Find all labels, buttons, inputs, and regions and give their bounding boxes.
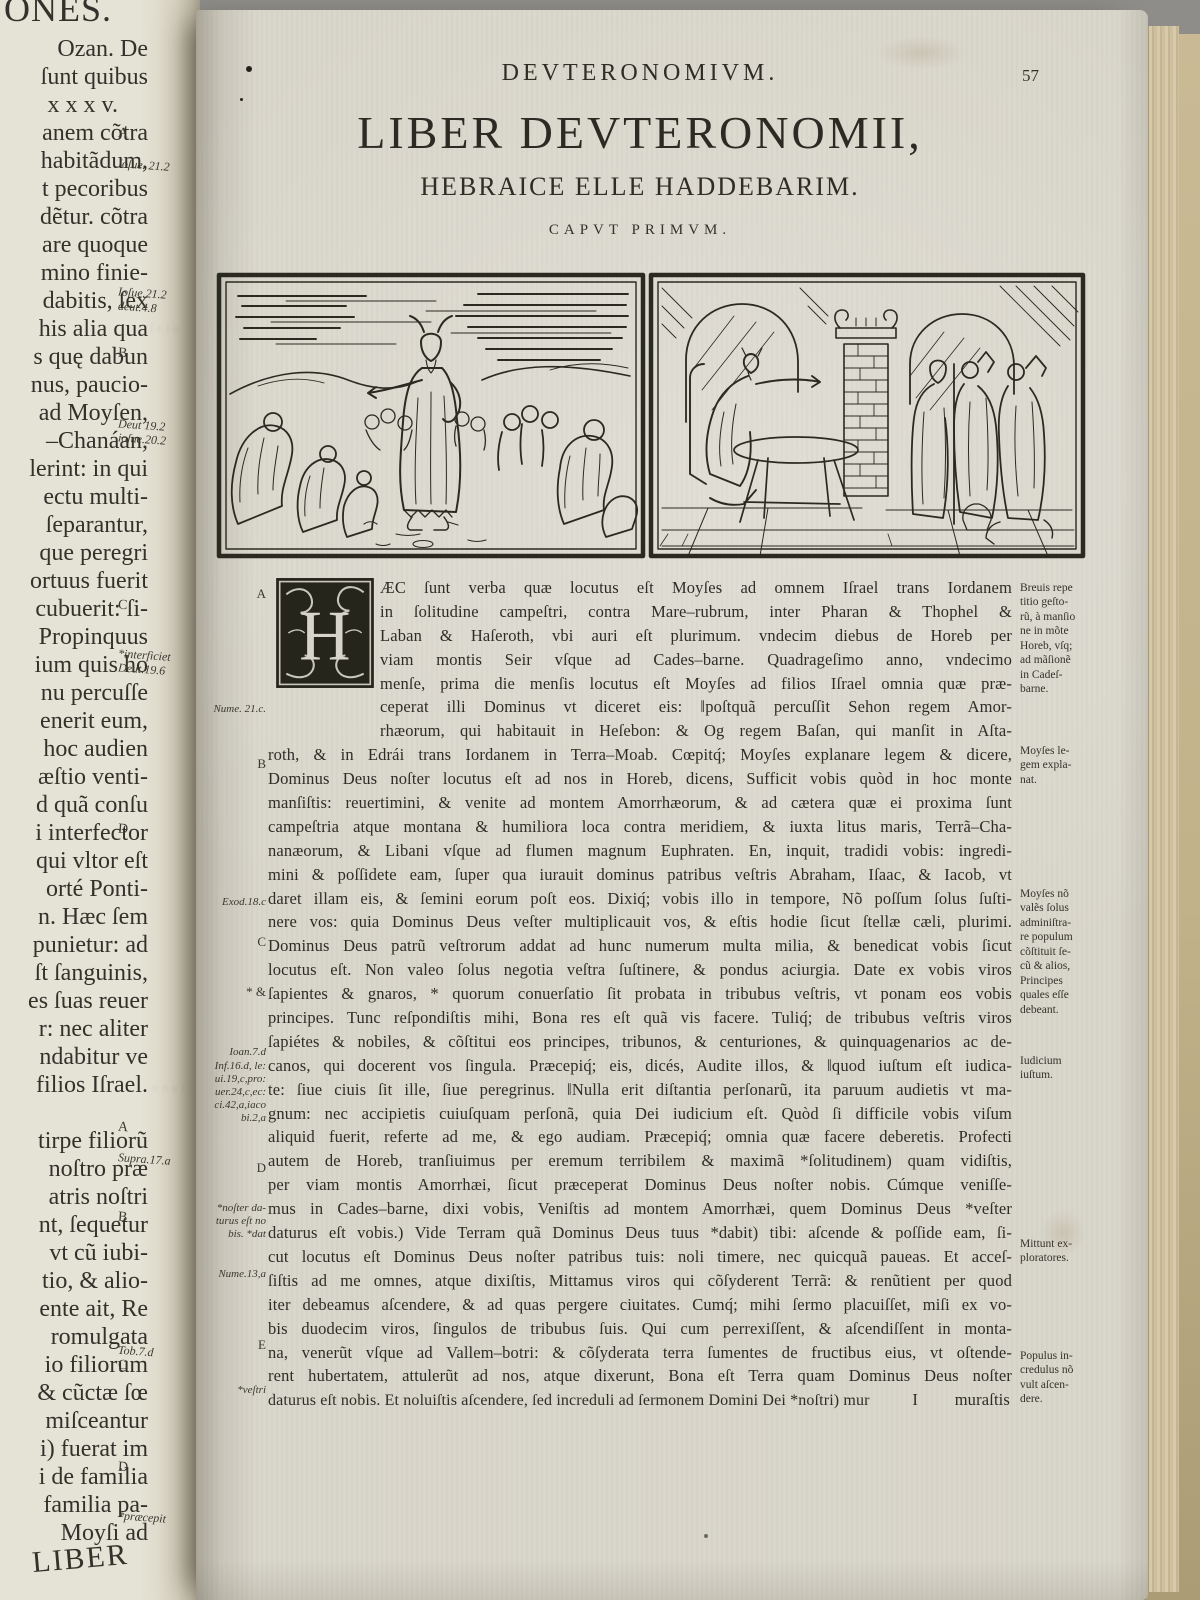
margin-note-left: Inf.16.d, le: [196, 1060, 266, 1072]
left-page-margin-note: C [117, 598, 127, 615]
margin-note-left: D [196, 1160, 278, 1176]
margin-note-right: Populus in- [1020, 1350, 1102, 1363]
margin-note-right: nat. [1020, 774, 1102, 787]
left-page-text-line: his alia qua [39, 316, 148, 342]
decorated-initial-woodblock: H [274, 576, 376, 690]
left-page-text-line: ortuus fuerit [30, 568, 148, 594]
left-page-text-line: mino finie- [41, 260, 148, 286]
woodcut-right-illustration [648, 272, 1086, 559]
left-page-text-line: qui vltor eſt [36, 848, 148, 874]
page-number: 57 [1022, 66, 1039, 86]
body-text: H ÆC ſunt verba quæ locutus eſt Moyſes a… [268, 576, 1012, 1412]
left-page-margin-note: A [117, 126, 128, 143]
body-text-line: rent hubertatem, attulerũt ad nos, atque… [268, 1364, 1012, 1388]
left-page-margin-note: C [117, 1358, 127, 1375]
left-page-text-line: ſunt quibus [41, 64, 148, 90]
left-page-catchword: LIBER [31, 1538, 130, 1580]
margin-note-right: Breuis repe [1020, 582, 1102, 595]
left-page-text-line: d quã conſu [36, 792, 148, 818]
left-page-text-line: n. Hæc ſem [38, 904, 148, 930]
body-text-line: te: ſiue ciuis ſit ille, ſiue peregrinus… [268, 1078, 1012, 1102]
body-text-line: rhæorum, qui habitauit in Heſebon: & Og … [380, 719, 1012, 743]
margin-note-left: *veſtri [196, 1384, 266, 1396]
body-text-line: nere vos: quia Dominus Deus veſter multi… [268, 910, 1012, 934]
margin-note-left: B [196, 756, 278, 772]
left-page-text-line: filios Iſrael. [36, 1072, 148, 1098]
body-text-line: daturus eſt vobis.) Vide Terram quã Domi… [268, 1221, 1012, 1245]
body-text-line: canos, qui docerent vos ſingula. Præcepi… [268, 1054, 1012, 1078]
left-page-margin-note: B [117, 1210, 127, 1227]
body-text-line: daret illam eis, & ſemini eorum poſt eos… [268, 887, 1012, 911]
left-page-text-line: anem cõtra [42, 120, 148, 146]
decorated-initial: H [274, 576, 376, 690]
ink-speck [240, 98, 243, 101]
body-text-line: aliquid fuerit, referte ad me, & ego aud… [268, 1125, 1012, 1149]
show-through-text: o n u ſ [152, 1079, 186, 1097]
margin-note-right: gem expla- [1020, 759, 1102, 772]
left-page-text-line: orté Ponti- [46, 876, 148, 902]
margin-note-right: barne. [1020, 683, 1102, 696]
margin-note-right: titio geſto- [1020, 596, 1102, 609]
ink-speck [246, 66, 252, 72]
body-text-line: manſiſtis: reuertimini, & venite ad mont… [268, 791, 1012, 815]
left-page-margin-note: deut.4.8 [118, 299, 158, 317]
margin-note-left: Ioan.7.d [196, 1046, 266, 1058]
margin-note-right: valẽs ſolus [1020, 902, 1102, 915]
margin-note-right: Moyſes le- [1020, 745, 1102, 758]
woodcut-moses-addressing-israelites [216, 272, 646, 559]
left-page-text-line: nt, ſequetur [39, 1212, 148, 1238]
body-text-line: per viam montis Amorrhæi, ſicut præceper… [268, 1173, 1012, 1197]
initial-letter: H [299, 597, 351, 675]
margin-note-right: rũ, à manſio [1020, 611, 1102, 624]
body-text-line: menſe, prima die menſis locutus eſt Moyſ… [380, 672, 1012, 696]
margin-note-right: Principes [1020, 975, 1102, 988]
body-main-block: roth, & in Edrái trans Iordanem in Terra… [268, 743, 1012, 1388]
woodcut-left-illustration [216, 272, 646, 559]
margin-note-right: cõſtituit ſe- [1020, 946, 1102, 959]
signature-row: daturus eſt nobis. Et noluiſtis aſcender… [268, 1388, 1012, 1412]
woodcut-moses-appointing-judges [648, 272, 1086, 559]
left-page-text-line: nus, paucio- [31, 372, 148, 398]
body-text-line: Laban & Haſeroth, vbi auri eſt plurimum.… [380, 624, 1012, 648]
body-text-line: na, venerũt vſque ad Vallem–botri: & cõſ… [268, 1341, 1012, 1365]
left-page-text-line: i) fuerat im [40, 1436, 148, 1462]
body-text-line: bis duodecim viros, ſingulos de tribubus… [268, 1317, 1012, 1341]
margin-note-right: ad mãſionẽ [1020, 654, 1102, 667]
left-page-text-line: cubuerit: ſi- [35, 596, 148, 622]
body-text-line: ÆC ſunt verba quæ locutus eſt Moyſes ad … [380, 576, 1012, 600]
left-page-text-line: dẽtur. cõtra [40, 204, 148, 230]
left-page-text-line: s quę dabun [33, 344, 148, 370]
left-page-text-line: x x x v. [48, 92, 118, 118]
body-text-line: ſapientes & gnaros, * quorum conuerſatio… [268, 982, 1012, 1006]
margin-note-left: Nume.13,a [196, 1268, 266, 1280]
margin-note-right: Moyſes nõ [1020, 888, 1102, 901]
margin-note-left: turus eſt no [196, 1215, 266, 1227]
margin-note-right: re populum [1020, 931, 1102, 944]
margin-note-left: Nume. 21.c. [196, 703, 266, 715]
book-fore-edge [1148, 26, 1179, 1592]
margin-note-right: iuſtum. [1020, 1069, 1102, 1082]
paper-stain [876, 36, 966, 70]
left-page-text-line: enerit eum, [40, 708, 148, 734]
margin-note-right: quales eſſe [1020, 989, 1102, 1002]
left-page-text-line: vt cũ iubi- [49, 1240, 148, 1266]
left-page-margin-note: D [117, 1460, 128, 1477]
margin-note-right: cũ & alios, [1020, 960, 1102, 973]
left-page-margin-note: D [117, 822, 128, 839]
body-text-line: ceperat illi Dominus vt diceret eis: ‖po… [380, 695, 1012, 719]
left-page-margin-note: B [117, 346, 127, 363]
paper-stain [1040, 1210, 1086, 1256]
left-page-text-line: tio, & alio- [42, 1268, 148, 1294]
right-page: DEVTERONOMIVM. 57 LIBER DEVTERONOMII, HE… [196, 10, 1148, 1600]
gathering-signature: I [906, 1388, 918, 1412]
left-page-text-line: ſeparantur, [46, 512, 148, 538]
margin-note-right: debeant. [1020, 1004, 1102, 1017]
body-text-line: mus in Cades–barne, dixi vobis, Veniſtis… [268, 1197, 1012, 1221]
margin-note-left: *noſter da- [196, 1202, 266, 1214]
left-page-text-line: ſt ſanguinis, [35, 960, 148, 986]
left-page-text-line: ente ait, Re [39, 1296, 148, 1322]
body-text-line: viam montis Seir vſque ad Cades–barne. Q… [380, 648, 1012, 672]
body-text-line: Dominus Deus noſter locutus eſt ad nos i… [268, 767, 1012, 791]
margin-note-left: E [196, 1337, 278, 1353]
left-page-text-line: es ſuas reuer [28, 988, 148, 1014]
body-text-line: ſapiétes & nobiles, & cõſtitui eos princ… [268, 1030, 1012, 1054]
left-page-text-line: i de familia [39, 1464, 148, 1490]
left-page-text-line: æſtio venti- [38, 764, 148, 790]
margin-note-left: bi.2,a [196, 1112, 266, 1124]
left-page-text-line: & cũctæ ſœ [37, 1380, 148, 1406]
ink-speck [704, 1534, 708, 1538]
left-page-text-line: are quoque [42, 232, 148, 258]
book-title: LIBER DEVTERONOMII, [248, 106, 1032, 159]
left-page-text-line: que peregri [39, 540, 148, 566]
body-text-line: gnum: nec accipietis cuiuſquam perſonã, … [268, 1102, 1012, 1126]
margin-note-left: ci.42,a,iaco [196, 1099, 266, 1111]
left-page-text-line: punietur: ad [33, 932, 148, 958]
left-page-text-line: miſceantur [45, 1408, 148, 1434]
margin-note-right: vult aſcen- [1020, 1379, 1102, 1392]
left-page-text-line: i interfector [35, 820, 148, 846]
body-text-line: locutus eſt. Non valeo ſolus negotia veſ… [268, 958, 1012, 982]
margin-note-right: in Cadeſ- [1020, 669, 1102, 682]
left-page-text-line: hoc audien [43, 736, 148, 762]
left-page-text-line: ectu multi- [43, 484, 148, 510]
left-page-text-line: ONES. [4, 0, 112, 22]
margin-note-left: C [196, 934, 278, 950]
body-text-line: Dominus Deus patrũ veſtrorum addat ad hu… [268, 934, 1012, 958]
left-page-text-line: ndabitur ve [39, 1044, 148, 1070]
margin-note-right: dere. [1020, 1393, 1102, 1406]
body-opening-block: ÆC ſunt verba quæ locutus eſt Moyſes ad … [380, 576, 1012, 743]
show-through-text: ſ e i u [150, 319, 180, 337]
catchword: muraſtis [955, 1388, 1012, 1412]
margin-note-right: credulus nõ [1020, 1364, 1102, 1377]
left-page-text-line: Ozan. De [57, 36, 148, 62]
margin-note-right: ne in mõte [1020, 625, 1102, 638]
margin-note-left: ui.19,c,pro: [196, 1073, 266, 1085]
book-subtitle: HEBRAICE ELLE HADDEBARIM. [268, 172, 1012, 202]
body-text-line: ſiſtis ad me omnes, atque dixiſtis, Mitt… [268, 1269, 1012, 1293]
body-text-line: mini & poſſidete eam, ſuper qua iurauit … [268, 863, 1012, 887]
margin-note-right: adminiſtra- [1020, 917, 1102, 930]
margin-note-left: bis. *dat [196, 1228, 266, 1240]
margin-note-left: uer.24,c,ec: [196, 1086, 266, 1098]
body-text-line: iter debeamus aſcendere, & ad quas perge… [268, 1293, 1012, 1317]
left-page-text-line: atris noſtri [49, 1184, 148, 1210]
left-page-text-line: lerint: in qui [29, 456, 148, 482]
margin-note-right: Iudicium [1020, 1055, 1102, 1068]
left-page-text-line: nu percuſſe [41, 680, 148, 706]
left-page-text-line: r: nec aliter [39, 1016, 148, 1042]
body-text-line: nanæorum, & Libani vſque ad flumen magnu… [268, 839, 1012, 863]
left-page-text-line: t pecoribus [42, 176, 148, 202]
margin-note-left: A [196, 586, 278, 602]
body-text-line: in ſolitudine campeſtri, contra Mare–rub… [380, 600, 1012, 624]
body-text-line: principes. Tunc reſpondiſtis mihi, Bona … [268, 1006, 1012, 1030]
body-text-line: campeſtria atque montana & humiliora loc… [268, 815, 1012, 839]
body-text-line: daturus eſt nobis. Et noluiſtis aſcender… [268, 1389, 870, 1413]
body-text-line: autem de Horeb, tranſiuimus per eremum t… [268, 1149, 1012, 1173]
left-page: ONES.Ozan. Deſunt quibusx x x v.anem cõt… [0, 0, 200, 1600]
margin-note-left: Exod.18.c [196, 896, 266, 908]
body-text-line: cut locutus eſt Dominus Deus noſter patr… [268, 1245, 1012, 1269]
margin-note-right: Horeb, vſq; [1020, 640, 1102, 653]
left-page-margin-note: Deut.19.6 [118, 660, 166, 678]
left-page-margin-note: A [117, 1120, 128, 1137]
chapter-heading: CAPVT PRIMVM. [268, 222, 1012, 239]
body-text-line: roth, & in Edrái trans Iordanem in Terra… [268, 743, 1012, 767]
margin-note-left: * & [196, 984, 278, 1000]
